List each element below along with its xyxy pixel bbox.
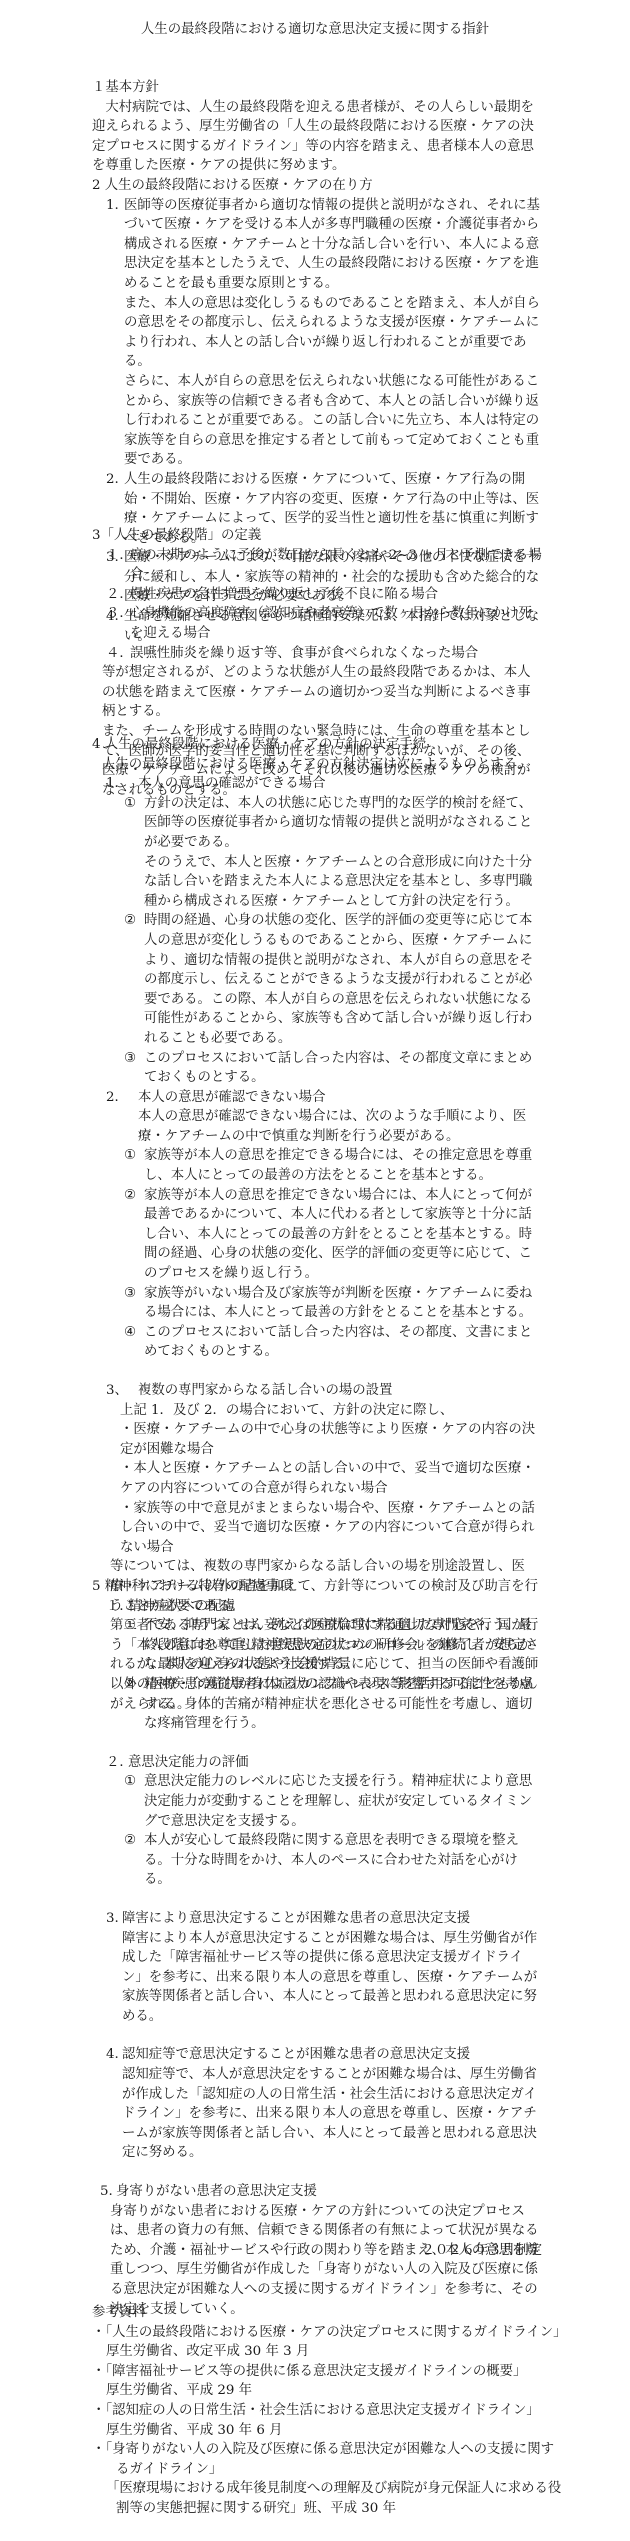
paragraph: 方針の決定は、本人の状態に応じた専門的な医学的検討を経て、医師等の医療従事者から…	[144, 794, 542, 853]
paragraph: このプロセスにおいて話し合った内容は、その都度文章にまとめておくものとする。	[144, 1049, 542, 1088]
list-item: ② 時間の経過、心身の状態の変化、医学的評価の変更等に応じて本人の意思が変化しう…	[92, 911, 542, 1048]
subsection-title: 認知症等で意思決定することが困難な患者の意思決定支援	[122, 2045, 542, 2065]
paragraph: 人生の最終段階における医療・ケアの方針決定は次によるものとする。	[92, 755, 542, 775]
section-basic-policy: １基本方針 大村病院では、人生の最終段階を迎える患者様が、その人らしい最期を迎え…	[92, 78, 542, 176]
item-text: 心身機能の高度障害（認知症や老衰等）で数ヶ月から数年にかけ死を迎える場合	[130, 604, 542, 643]
list-item: 1. 医師等の医療従事者から適切な情報の提供と説明がなされ、それに基づいて医療・…	[92, 196, 542, 470]
item-number: ①	[124, 1616, 144, 1675]
list-item: ① 意思決定能力のレベルに応じた支援を行う。精神症状により意思決定能力が変動する…	[92, 1772, 542, 1831]
item-number: 3、	[106, 1381, 138, 1401]
item-text: 癌の末期のように予後が数日から長くとも 2~3 ヶ月と予測できる場合	[130, 546, 542, 585]
reference-source: 厚生労働省、改定平成 30 年 3 月	[92, 2342, 562, 2362]
paragraph: また、本人の意思は変化しうるものであることを踏まえ、本人が自らの意思をその都度示…	[124, 294, 542, 372]
item-text: 慢性疾患の急性増悪を繰り返し予後不良に陥る場合	[130, 585, 542, 605]
paragraph: 本人の意思が確認できない場合には、次のような手順により、医療・ケアチームの中で慎…	[92, 1107, 542, 1146]
item-number: ２．	[106, 1753, 128, 1773]
item-text: 精神疾患の症状が身体症状の認識や表現に影響する可能性を考慮する。身体的苦痛が精神…	[144, 1675, 542, 1734]
list-item: ③ このプロセスにおいて話し合った内容は、その都度文章にまとめておくものとする。	[92, 1049, 542, 1088]
paragraph: 等が想定されるが、どのような状態が人生の最終段階であるかは、本人の状態を踏まえて…	[92, 663, 542, 722]
subsection-heading: 5. 身寄りがない患者の意思決定支援	[92, 2182, 542, 2202]
item-number: 5.	[100, 2182, 116, 2202]
subsection-title: 本人の意思が確認できない場合	[138, 1088, 542, 1108]
paragraph: 医師等の医療従事者から適切な情報の提供と説明がなされ、それに基づいて医療・ケアを…	[124, 196, 542, 294]
item-number: ４．	[106, 644, 130, 664]
list-item: ② 本人が安心して最終段階に関する意思を表明できる環境を整える。十分な時間をかけ…	[92, 1831, 542, 1890]
reference-source: 「医療現場における成年後見制度への理解及び病院が身元保証人に求める役割等の実態把…	[92, 2479, 562, 2518]
item-number: ①	[124, 794, 144, 912]
subsection-heading: 4. 認知症等で意思決定することが困難な患者の意思決定支援	[92, 2045, 542, 2065]
item-number: 4.	[106, 2045, 122, 2065]
section-heading: 3「人生の最終段階」の定義	[92, 526, 542, 546]
item-text: 誤嚥性肺炎を繰り返す等、食事が食べられなくなった場合	[130, 644, 542, 664]
list-item: ③ 家族等がいない場合及び家族等が判断を医療・ケアチームに委ねる場合には、本人に…	[92, 1284, 542, 1323]
item-text: 意思決定能力のレベルに応じた支援を行う。精神症状により意思決定能力が変動すること…	[144, 1772, 542, 1831]
paragraph: 大村病院では、人生の最終段階を迎える患者様が、その人らしい最期を迎えられるよう、…	[92, 98, 542, 176]
list-item: ３． 心身機能の高度障害（認知症や老衰等）で数ヶ月から数年にかけ死を迎える場合	[92, 604, 542, 643]
enactment-date: ２０２６年３月制定	[92, 2241, 542, 2261]
subsection-title: 障害により意思決定することが困難な患者の意思決定支援	[122, 1909, 542, 1929]
section-psychiatric-considerations: 5 精神科における特有の配慮事項 １． 精神症状への配慮 ① 不安、抑うつ、せん…	[92, 1577, 542, 2319]
list-item: ４． 誤嚥性肺炎を繰り返す等、食事が食べられなくなった場合	[92, 644, 542, 664]
item-number: ③	[124, 1284, 144, 1323]
item-text: 家族等が本人の意思を推定できる場合には、その推定意思を尊重し、本人にとっての最善…	[144, 1146, 542, 1185]
section-heading: 5 精神科における特有の配慮事項	[92, 1577, 542, 1597]
item-number: ③	[124, 1049, 144, 1088]
subsection-title: 本人の意思の確認ができる場合	[138, 774, 542, 794]
subsection-title: 複数の専門家からなる話し合いの場の設置	[138, 1381, 542, 1401]
paragraph: 障害により本人が意思決定することが困難な場合は、厚生労働省が作成した「障害福祉サ…	[92, 1929, 542, 2027]
item-text: 不安、抑うつ、せん妄などの症状に対する適切な対応を行う。最終段階においても精神疾…	[144, 1616, 542, 1675]
references-heading: 参考資料	[92, 2303, 562, 2323]
subsection-heading: 2． 本人の意思が確認できない場合	[92, 1088, 542, 1108]
paragraph: そのうえで、本人と医療・ケアチームとの合意形成に向けた十分な話し合いを踏まえた本…	[144, 853, 542, 912]
paragraph: さらに、本人が自らの意思を伝えられない状態になる可能性があることから、家族等の信…	[124, 372, 542, 470]
item-text: 家族等がいない場合及び家族等が判断を医療・ケアチームに委ねる場合には、本人にとっ…	[144, 1284, 542, 1323]
list-item: ② 精神疾患の症状が身体症状の認識や表現に影響する可能性を考慮する。身体的苦痛が…	[92, 1675, 542, 1734]
paragraph: 上記 1．及び 2．の場合において、方針の決定に際し、	[92, 1401, 542, 1421]
reference-title: ・「人生の最終段階における医療・ケアの決定プロセスに関するガイドライン」	[92, 2323, 562, 2343]
subsection-heading: 1． 本人の意思の確認ができる場合	[92, 774, 542, 794]
subsection-heading: １． 精神症状への配慮	[92, 1597, 542, 1617]
item-number: ２．	[106, 585, 130, 605]
section-heading: 4 人生の最終段階における医療・ケアの方針の決定手続	[92, 735, 542, 755]
section-decision-procedure: 4 人生の最終段階における医療・ケアの方針の決定手続 人生の最終段階における医療…	[92, 735, 542, 1714]
bullet-item: ・家族等の中で意見がまとまらない場合や、医療・ケアチームとの話し合いの中で、妥当…	[92, 1499, 542, 1558]
document-title: 人生の最終段階における適切な意思決定支援に関する指針	[0, 18, 630, 37]
list-item: ① 不安、抑うつ、せん妄などの症状に対する適切な対応を行う。最終段階においても精…	[92, 1616, 542, 1675]
item-number: ①	[124, 1772, 144, 1831]
bullet-item: ・医療・ケアチームの中で心身の状態等により医療・ケアの内容の決定が困難な場合	[92, 1420, 542, 1459]
subsection-heading: 3. 障害により意思決定することが困難な患者の意思決定支援	[92, 1909, 542, 1929]
list-item: ２． 慢性疾患の急性増悪を繰り返し予後不良に陥る場合	[92, 585, 542, 605]
subsection-title: 意思決定能力の評価	[128, 1753, 542, 1773]
reference-title: ・「障害福祉サービス等の提供に係る意思決定支援ガイドラインの概要」	[92, 2362, 562, 2382]
reference-source: 厚生労働省、平成 30 年 6 月	[92, 2421, 562, 2441]
item-number: 1．	[106, 774, 138, 794]
item-number: ３．	[106, 604, 130, 643]
paragraph: 認知症等で、本人が意思決定をすることが困難な場合は、厚生労働省が作成した「認知症…	[92, 2065, 542, 2163]
subsection-title: 身寄りがない患者の意思決定支援	[116, 2182, 542, 2202]
item-text: 本人が安心して最終段階に関する意思を表明できる環境を整える。十分な時間をかけ、本…	[144, 1831, 542, 1890]
reference-title: ・「身寄りがない人の入院及び医療に係る意思決定が困難な人への支援に関するガイドラ…	[92, 2440, 562, 2479]
item-text: このプロセスにおいて話し合った内容は、その都度、文書にまとめておくものとする。	[144, 1323, 542, 1362]
list-item: １． 癌の末期のように予後が数日から長くとも 2~3 ヶ月と予測できる場合	[92, 546, 542, 585]
list-item: ② 家族等が本人の意思を推定できない場合には、本人にとって何が最善であるかについ…	[92, 1186, 542, 1284]
item-number: ④	[124, 1323, 144, 1362]
reference-title: ・「認知症の人の日常生活・社会生活における意思決定支援ガイドライン」	[92, 2401, 562, 2421]
item-number: ②	[124, 1186, 144, 1284]
reference-source: 厚生労働省、平成 29 年	[92, 2381, 562, 2401]
subsection-title: 精神症状への配慮	[128, 1597, 542, 1617]
item-number: １．	[106, 546, 130, 585]
item-number: 1.	[106, 196, 124, 470]
section-heading: １基本方針	[92, 78, 542, 98]
item-number: １．	[106, 1597, 128, 1617]
item-text: 家族等が本人の意思を推定できない場合には、本人にとって何が最善であるかについて、…	[144, 1186, 542, 1284]
item-number: 3.	[106, 1909, 122, 1929]
subsection-heading: ２． 意思決定能力の評価	[92, 1753, 542, 1773]
references: 参考資料 ・「人生の最終段階における医療・ケアの決定プロセスに関するガイドライン…	[92, 2303, 562, 2519]
list-item: ① 方針の決定は、本人の状態に応じた専門的な医学的検討を経て、医師等の医療従事者…	[92, 794, 542, 912]
paragraph: 時間の経過、心身の状態の変化、医学的評価の変更等に応じて本人の意思が変化しうるも…	[144, 911, 542, 1048]
list-item: ① 家族等が本人の意思を推定できる場合には、その推定意思を尊重し、本人にとっての…	[92, 1146, 542, 1185]
item-number: ②	[124, 911, 144, 1048]
item-number: ②	[124, 1675, 144, 1734]
item-number: ①	[124, 1146, 144, 1185]
subsection-heading: 3、 複数の専門家からなる話し合いの場の設置	[92, 1381, 542, 1401]
section-heading: 2 人生の最終段階における医療・ケアの在り方	[92, 176, 542, 196]
list-item: ④ このプロセスにおいて話し合った内容は、その都度、文書にまとめておくものとする…	[92, 1323, 542, 1362]
item-number: 2．	[106, 1088, 138, 1108]
bullet-item: ・本人と医療・ケアチームとの話し合いの中で、妥当で適切な医療・ケアの内容について…	[92, 1459, 542, 1498]
item-number: ②	[124, 1831, 144, 1890]
